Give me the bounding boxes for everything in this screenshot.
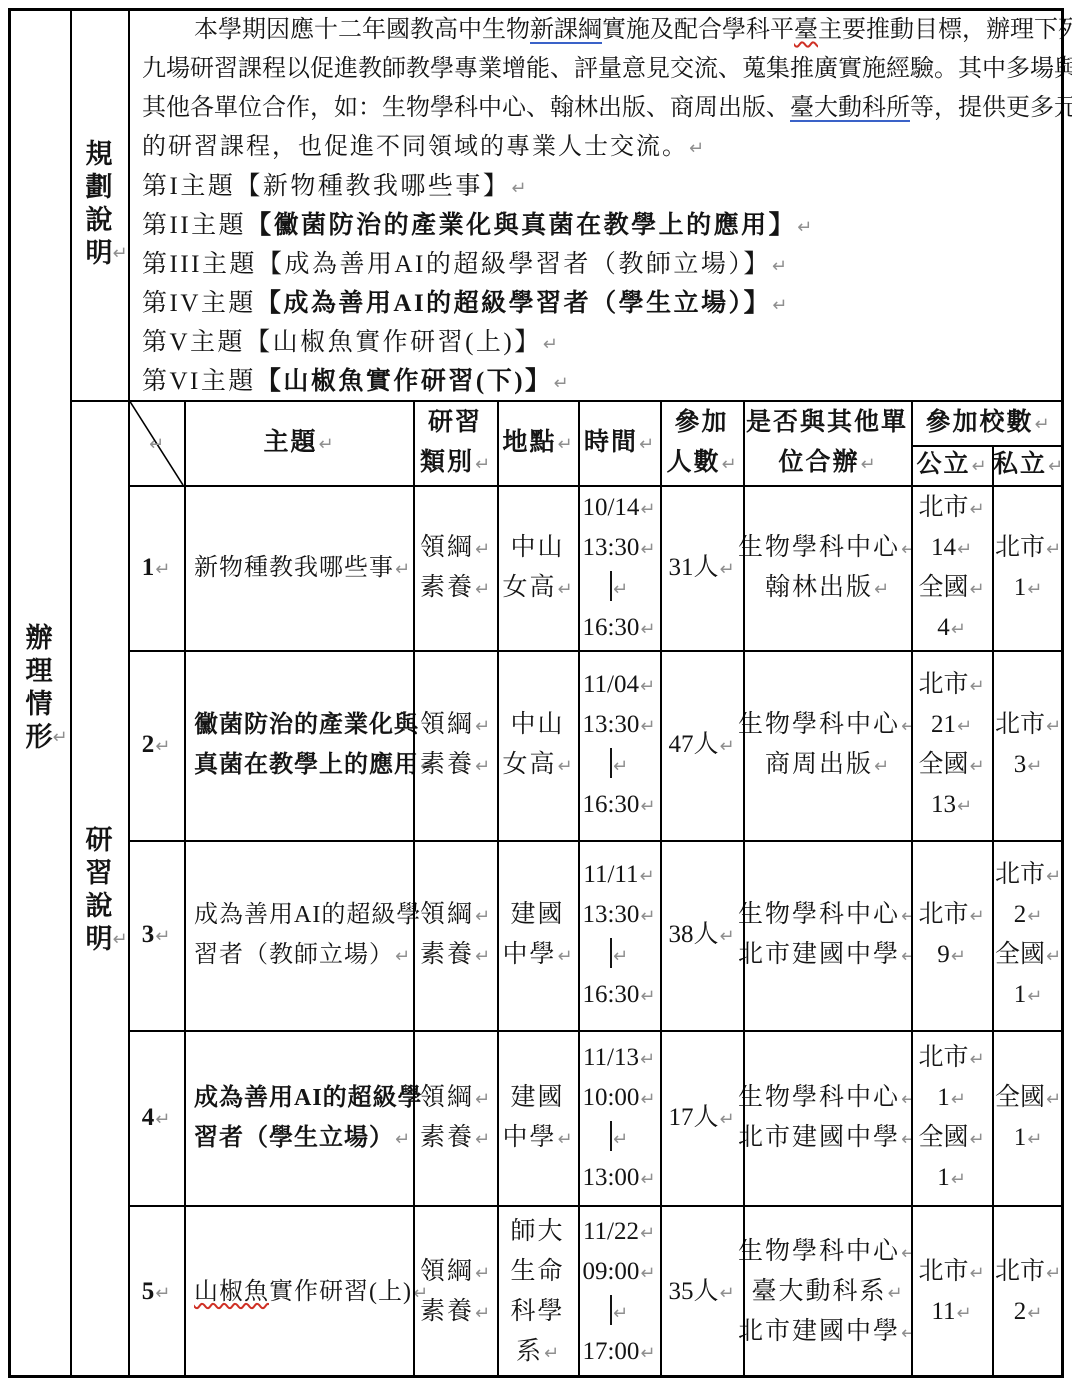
paragraph-mark: ↵	[155, 1283, 170, 1304]
table-border-vertical	[992, 445, 994, 1378]
text-run: 1	[1014, 981, 1027, 1008]
cell-line: 北市↵	[995, 855, 1061, 895]
paragraph-mark: ↵	[475, 1303, 490, 1324]
row-5-co-organizers: 生物學科中心↵臺大動科系↵北市建國中學↵	[743, 1205, 911, 1378]
document-page: 本學期因應十二年國教高中生物新課綱實施及配合學科平臺主要推動目標，辦理下列九場研…	[0, 0, 1072, 1384]
text-run: 私立	[993, 451, 1047, 478]
paragraph-mark: ↵	[544, 1343, 559, 1364]
paragraph-mark: ↵	[640, 866, 655, 887]
cell-line: 10/14↵	[582, 488, 655, 528]
table-border-horizontal	[128, 650, 1064, 652]
paragraph-line: 其他各單位合作，如：生物學科中心、翰林出版、商周出版、臺大動科所等，提供更多元	[142, 89, 1054, 128]
text-run: 35人	[668, 1278, 718, 1305]
text-run: 九	[142, 50, 166, 89]
topic-prefix: 第II主題	[142, 212, 246, 239]
cell-line: ↵	[610, 568, 628, 608]
text-run: 推	[790, 50, 814, 89]
text-run: 其	[958, 50, 982, 89]
cell-line: 成為善用AI的超級學	[194, 895, 421, 935]
text-run: ，	[934, 89, 958, 128]
text-run: 。	[934, 50, 958, 89]
paragraph-mark: ↵	[554, 373, 569, 394]
text-run: ：	[358, 89, 382, 128]
table-border-horizontal	[128, 1030, 1064, 1032]
paragraph-mark: ↵	[1046, 866, 1061, 887]
topic-prefix: 第VI主題	[142, 368, 256, 395]
text-run: 生物學科中心	[738, 1084, 900, 1111]
table-border-horizontal	[911, 445, 1064, 447]
text-run: 素養	[420, 941, 474, 968]
paragraph-mark: ↵	[640, 1263, 655, 1284]
vertical-label-char: 辦	[26, 622, 53, 655]
text-run: 單	[214, 89, 238, 128]
row-3-number: 3↵	[128, 840, 184, 1030]
row-4-category: 領綱↵素養↵	[413, 1030, 497, 1205]
cell-line: 1↵	[142, 548, 171, 588]
time-range-bar	[610, 748, 612, 778]
text-run: 因	[266, 11, 290, 50]
cell-line: 素養↵	[420, 1118, 490, 1158]
text-run: 38人	[668, 921, 718, 948]
vertical-label-char: 形↵	[26, 721, 53, 754]
text-run: 系	[516, 1338, 543, 1365]
table-border-vertical	[184, 400, 186, 1378]
text-run: 其	[142, 89, 166, 128]
cell-line: 建國	[510, 895, 564, 935]
text-run: 業	[478, 50, 502, 89]
row-5-number: 5↵	[128, 1205, 184, 1378]
text-run: 中	[982, 50, 1006, 89]
text-run: 成為善用AI的超級學	[194, 902, 421, 928]
cell-line: 全國↵	[918, 745, 984, 785]
table-border-horizontal	[70, 400, 1064, 402]
cell-line: 成為善用AI的超級學	[194, 1078, 423, 1118]
cell-line: 38人↵	[668, 915, 734, 955]
text-run: 配	[674, 11, 698, 50]
cell-line: 全國↵	[918, 568, 984, 608]
text-run: 北市建國中學	[738, 1318, 900, 1345]
cell-line: 11/04↵	[583, 665, 655, 705]
cell-line: 北市建國中學↵	[738, 1312, 916, 1352]
text-run: 建國	[510, 1084, 564, 1111]
text-run: 合	[698, 11, 722, 50]
text-run: 動	[890, 11, 914, 50]
vertical-label-char: 習	[86, 857, 113, 890]
text-run: 領綱	[420, 711, 474, 738]
text-run: 經	[886, 50, 910, 89]
vertical-label-char: 規	[86, 138, 113, 171]
text-run: 11	[931, 1298, 955, 1325]
topic-prefix: 第I主題	[142, 173, 235, 200]
cell-line: 師大	[510, 1212, 564, 1252]
time-range-bar	[610, 1121, 612, 1151]
text-run: 合	[262, 89, 286, 128]
row-4-private-schools: 全國↵1↵	[992, 1030, 1064, 1205]
text-run: 黴菌防治的產業化與	[194, 712, 419, 738]
cell-line: 是否與其他單	[746, 403, 908, 443]
paragraph-mark: ↵	[640, 906, 655, 927]
vertical-label-planning: 規劃說明↵	[70, 8, 128, 400]
text-run: 作	[286, 89, 310, 128]
paragraph-mark: ↵	[557, 434, 572, 455]
time-range-bar	[610, 571, 612, 601]
row-2-location: 中山女高↵	[497, 650, 578, 840]
text-run: 臺	[794, 11, 818, 50]
text-run: 中	[458, 11, 482, 50]
text-run: 翰	[550, 89, 574, 128]
table-border-vertical	[497, 400, 499, 1378]
paragraph-mark: ↵	[557, 946, 572, 967]
header-corner-cell: ↵	[128, 400, 184, 485]
row-2-category: 領綱↵素養↵	[413, 650, 497, 840]
paragraph-mark: ↵	[772, 256, 787, 277]
table-border-vertical	[8, 8, 11, 1378]
paragraph-mark: ↵	[475, 946, 490, 967]
cell-line: 公立↵	[916, 445, 986, 485]
header-topic: 主題↵	[184, 400, 413, 485]
text-run: 13:30	[582, 901, 639, 928]
row-4-location: 建國中學↵	[497, 1030, 578, 1205]
paragraph-mark: ↵	[951, 946, 966, 967]
text-run: 生物學科中心	[738, 1238, 900, 1265]
cell-line: 17人↵	[668, 1098, 734, 1138]
cell-line: 中學↵	[502, 1118, 572, 1158]
text-run: 師大	[510, 1218, 564, 1245]
cell-line: 1↵	[1014, 975, 1043, 1015]
vertical-label-char: 明↵	[86, 923, 113, 956]
text-run: 中山	[510, 534, 564, 561]
cell-line: 翰林出版↵	[765, 568, 889, 608]
cell-line: 領綱↵	[420, 1078, 490, 1118]
row-5-location: 師大生命科學系↵	[497, 1205, 578, 1378]
text-run: 北市	[918, 671, 968, 698]
cell-line: 13:30↵	[582, 528, 655, 568]
paragraph-mark: ↵	[640, 1089, 655, 1110]
topic-body: 【山椒魚實作研習(下)】	[256, 368, 553, 395]
text-run: 生物學科中心	[738, 901, 900, 928]
text-run: 9	[937, 941, 950, 968]
cell-line: 位合辦↵	[778, 443, 875, 483]
text-run: 進	[334, 50, 358, 89]
text-run: 北市	[918, 1044, 968, 1071]
cell-line: 北市↵	[918, 1038, 984, 1078]
cell-line: 女高↵	[502, 745, 572, 785]
text-run: 生物學科中心	[738, 534, 900, 561]
text-run: 真菌在教學上的應用	[194, 752, 419, 778]
vertical-label-char: 明↵	[86, 237, 113, 270]
text-run: 二	[338, 11, 362, 50]
vertical-label-char: 劃	[86, 171, 113, 204]
text-run: 2	[1014, 1298, 1027, 1325]
topic-prefix: 第V主題	[142, 329, 245, 356]
row-2-time: 11/04↵13:30↵↵16:30↵	[578, 650, 660, 840]
text-run: 商	[670, 89, 694, 128]
paragraph-mark: ↵	[640, 539, 655, 560]
text-run: 4	[937, 614, 950, 641]
row-5-participants: 35人↵	[660, 1205, 743, 1378]
paragraph-mark: ↵	[969, 1049, 984, 1070]
table-border-vertical	[911, 400, 913, 1378]
vertical-label-handling: 辦理情形↵	[8, 622, 70, 754]
paragraph-mark: ↵	[640, 1169, 655, 1190]
text-run: 所	[886, 89, 910, 128]
paragraph-mark: ↵	[1027, 1129, 1042, 1150]
text-run: 主題	[263, 429, 317, 456]
header-participants: 參加人數↵	[660, 400, 743, 485]
cell-line: 09:00↵	[582, 1252, 655, 1292]
row-5-public-schools: 北市↵11↵	[911, 1205, 992, 1378]
table-border-vertical	[70, 8, 72, 1378]
text-run: 生命	[510, 1258, 564, 1285]
text-run: 臺大動科系	[751, 1278, 886, 1305]
text-run: 全國	[995, 1084, 1045, 1111]
table-border-horizontal	[128, 1205, 1064, 1207]
cell-line: 生物學科中心↵	[738, 895, 916, 935]
paragraph-mark: ↵	[719, 736, 734, 757]
row-3-topic: 成為善用AI的超級學習者（教師立場）↵	[184, 840, 413, 1030]
header-time: 時間↵	[578, 400, 660, 485]
text-run: 期	[242, 11, 266, 50]
cell-line: 16:30↵	[582, 785, 655, 825]
paragraph-mark: ↵	[613, 756, 628, 777]
text-run: 廣	[814, 50, 838, 89]
text-run: 林	[574, 89, 598, 128]
text-run: 生	[382, 89, 406, 128]
paragraph-mark: ↵	[689, 138, 704, 159]
cell-line: 研習	[428, 403, 482, 443]
paragraph-mark: ↵	[155, 559, 170, 580]
text-run: 心	[502, 89, 526, 128]
text-run: 、	[766, 89, 790, 128]
text-run: 科學	[510, 1298, 564, 1325]
text-run: 素養	[420, 751, 474, 778]
header-public: 公立↵	[911, 445, 992, 485]
table-border-vertical	[743, 400, 745, 1378]
cell-line: 北市↵	[995, 1252, 1061, 1292]
cell-line: 9↵	[937, 935, 966, 975]
cell-line: 21↵	[931, 705, 972, 745]
row-1-co-organizers: 生物學科中心↵翰林出版↵	[743, 485, 911, 650]
text-run: 版	[622, 89, 646, 128]
text-run: 周	[694, 89, 718, 128]
row-2-co-organizers: 生物學科中心↵商周出版↵	[743, 650, 911, 840]
row-1-location: 中山女高↵	[497, 485, 578, 650]
cell-line: 新物種教我哪些事↵	[194, 548, 410, 588]
text-run: 及	[650, 11, 674, 50]
topic-body: 【新物種教我哪些事】	[235, 173, 510, 200]
cell-line: 領綱↵	[420, 895, 490, 935]
cell-line: 13↵	[931, 785, 972, 825]
text-run: 習	[214, 50, 238, 89]
text-run: 主	[818, 11, 842, 50]
text-run: 見	[646, 50, 670, 89]
cell-line: 系↵	[516, 1332, 559, 1372]
cell-line: 11/11↵	[583, 855, 654, 895]
row-2-topic: 黴菌防治的產業化與真菌在教學上的應用↵	[184, 650, 413, 840]
text-run: 全國	[995, 941, 1045, 968]
paragraph-mark: ↵	[721, 454, 736, 475]
cell-line: 1↵	[1014, 568, 1043, 608]
cell-line: 商周出版↵	[765, 745, 889, 785]
cell-line: 人數↵	[666, 443, 736, 483]
text-run: 北市	[995, 861, 1045, 888]
text-run: 他	[166, 89, 190, 128]
text-run: 3	[142, 921, 155, 948]
table-border-horizontal	[8, 8, 1064, 11]
cell-line: 17:00↵	[582, 1332, 655, 1372]
text-run: 理	[1010, 11, 1034, 50]
cell-line: 2↵	[1014, 895, 1043, 935]
cell-line: 領綱↵	[420, 705, 490, 745]
cell-line: 領綱↵	[420, 1252, 490, 1292]
cell-line: 全國↵	[995, 1078, 1061, 1118]
table-border-vertical	[660, 400, 662, 1378]
row-3-public-schools: 北市↵9↵	[911, 840, 992, 1030]
cell-line: 2↵	[1014, 1292, 1043, 1332]
text-run: 、	[550, 50, 574, 89]
cell-line: 女高↵	[502, 568, 572, 608]
row-3-location: 建國中學↵	[497, 840, 578, 1030]
cell-line: 中山	[510, 528, 564, 568]
cell-line: 生物學科中心↵	[738, 705, 916, 745]
text-run: 建國	[510, 901, 564, 928]
cell-line: 13:00↵	[582, 1158, 655, 1198]
cell-line: 1↵	[937, 1078, 966, 1118]
row-4-topic: 成為善用AI的超級學習者（學生立場）↵	[184, 1030, 413, 1205]
paragraph-mark: ↵	[155, 1109, 170, 1130]
topic-body: 【成為善用AI的超級學習者（教師立場）】	[257, 251, 771, 278]
paragraph-mark: ↵	[1046, 539, 1061, 560]
text-run: 成為善用AI的超級學	[194, 1085, 423, 1111]
text-run: 本	[194, 11, 218, 50]
paragraph-mark: ↵	[613, 579, 628, 600]
topic-line-3: 第III主題【成為善用AI的超級學習者（教師立場）】↵	[142, 245, 1054, 284]
paragraph-mark: ↵	[1034, 414, 1049, 435]
cell-line: 北市建國中學↵	[738, 1118, 916, 1158]
cell-line: 素養↵	[420, 745, 490, 785]
text-run: 綱	[578, 11, 602, 50]
row-5-topic: 山椒魚實作研習(上)↵	[184, 1205, 413, 1378]
paragraph-mark: ↵	[640, 676, 655, 697]
topic-line-4: 第IV主題【成為善用AI的超級學習者（學生立場）】↵	[142, 284, 1054, 323]
text-run: 中山	[510, 711, 564, 738]
paragraph-mark: ↵	[640, 1343, 655, 1364]
topic-prefix: 第IV主題	[142, 290, 256, 317]
text-run: 09:00	[582, 1258, 639, 1285]
paragraph-mark: ↵	[951, 1169, 966, 1190]
paragraph-mark: ↵	[53, 721, 68, 754]
vertical-label-char: 說	[86, 890, 113, 923]
text-run: 生物學科中心	[738, 711, 900, 738]
vertical-label-char: 研	[86, 824, 113, 857]
table-border-horizontal	[128, 840, 1064, 842]
row-2-participants: 47人↵	[660, 650, 743, 840]
text-run: 全國	[918, 751, 968, 778]
paragraph-mark: ↵	[613, 1303, 628, 1324]
text-run: 流	[694, 50, 718, 89]
text-run: 1	[937, 1164, 950, 1191]
text-run: 13	[931, 791, 956, 818]
text-run: 北市建國中學	[738, 1124, 900, 1151]
cell-line: 4↵	[937, 608, 966, 648]
cell-line: 主題↵	[263, 423, 333, 463]
text-run: 量	[598, 50, 622, 89]
paragraph-mark: ↵	[543, 334, 558, 355]
cell-line: 全國↵	[995, 935, 1061, 975]
text-run: 能	[526, 50, 550, 89]
paragraph-mark: ↵	[969, 1129, 984, 1150]
text-run: 習者（學生立場）	[194, 1125, 394, 1151]
text-run: 素養	[420, 574, 474, 601]
text-run: 北市	[918, 494, 968, 521]
text-run: 新	[530, 11, 554, 50]
text-run: 10/14	[582, 494, 639, 521]
header-category: 研習類別↵	[413, 400, 497, 485]
text-run: 時間	[584, 429, 638, 456]
paragraph-mark: ↵	[1027, 1303, 1042, 1324]
text-run: 新物種教我哪些事	[194, 555, 394, 581]
text-run: 4	[142, 1104, 155, 1131]
table-border-horizontal	[128, 485, 1064, 487]
text-run: 學	[218, 11, 242, 50]
text-run: 大	[814, 89, 838, 128]
vertical-label-char: 說	[86, 204, 113, 237]
paragraph-mark: ↵	[640, 499, 655, 520]
text-run: 11/22	[583, 1218, 639, 1245]
text-run: 施	[862, 50, 886, 89]
text-run: 辦	[986, 11, 1010, 50]
text-run: 2	[1014, 901, 1027, 928]
paragraph-mark: ↵	[475, 906, 490, 927]
cell-line: 北市↵	[995, 528, 1061, 568]
row-2-public-schools: 北市↵21↵全國↵13↵	[911, 650, 992, 840]
text-run: 北市建國中學	[738, 941, 900, 968]
paragraph-mark: ↵	[719, 926, 734, 947]
text-run: 物	[406, 89, 430, 128]
paragraph-mark: ↵	[772, 295, 787, 316]
text-run: 學	[430, 89, 454, 128]
text-run: 領綱	[420, 1258, 474, 1285]
cell-line: 1↵	[937, 1158, 966, 1198]
text-run: 北市	[918, 901, 968, 928]
text-run: 實	[602, 11, 626, 50]
text-run: 驗	[910, 50, 934, 89]
text-run: 14	[931, 534, 956, 561]
paragraph-mark: ↵	[971, 456, 986, 477]
row-3-private-schools: 北市↵2↵全國↵1↵	[992, 840, 1064, 1030]
topic-body: 【黴菌防治的產業化與真菌在教學上的應用】	[246, 212, 796, 239]
paragraph-mark: ↵	[613, 1129, 628, 1150]
paragraph-mark: ↵	[860, 454, 875, 475]
cell-line: 素養↵	[420, 935, 490, 975]
cell-line: 生物學科中心↵	[738, 1232, 916, 1272]
text-run: 17人	[668, 1104, 718, 1131]
text-run: 10:00	[582, 1084, 639, 1111]
paragraph-line: 本學期因應十二年國教高中生物新課綱實施及配合學科平臺主要推動目標，辦理下列	[142, 11, 1054, 50]
cell-line: 14↵	[931, 528, 972, 568]
text-run: 出	[718, 89, 742, 128]
topic-line-1: 第I主題【新物種教我哪些事】↵	[142, 167, 1054, 206]
row-3-participants: 38人↵	[660, 840, 743, 1030]
text-run: 課	[238, 50, 262, 89]
text-run: 11/13	[583, 1044, 639, 1071]
text-run: 科	[862, 89, 886, 128]
paragraph-mark: ↵	[969, 906, 984, 927]
paragraph-mark: ↵	[719, 1283, 734, 1304]
text-run: 3	[1014, 751, 1027, 778]
cell-line: 習者（教師立場）↵	[194, 935, 410, 975]
text-run: 專	[454, 50, 478, 89]
